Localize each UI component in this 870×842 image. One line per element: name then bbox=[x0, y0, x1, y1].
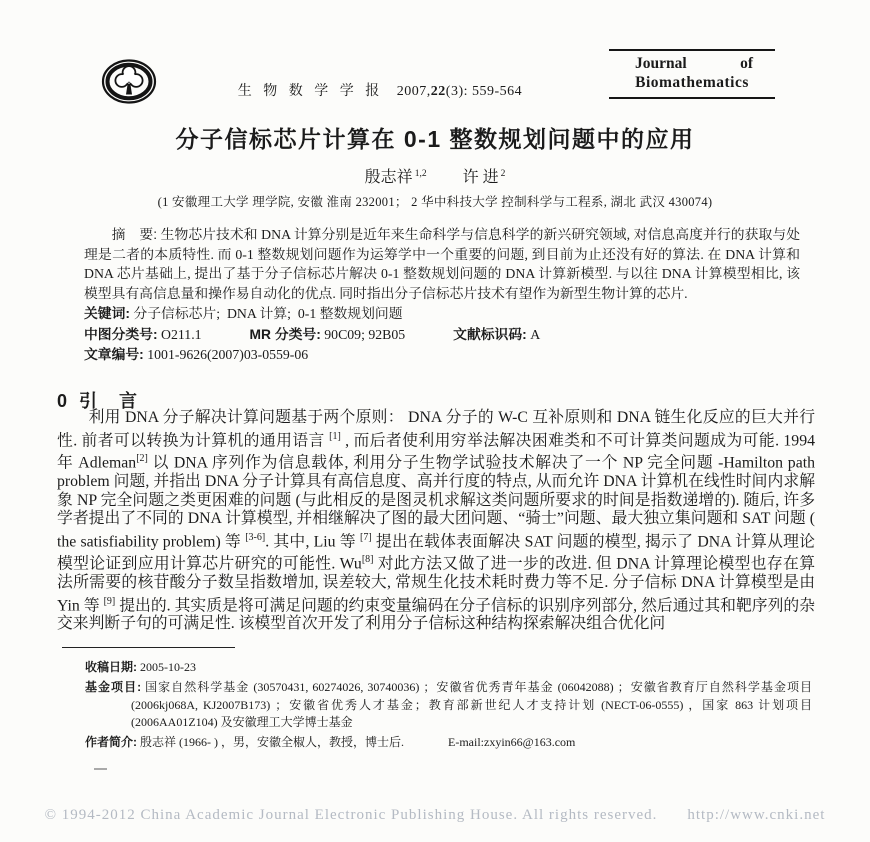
mr-label: MR 分类号: bbox=[250, 327, 321, 342]
footnote-block: 收稿日期: 2005-10-23 基金项目: 国家自然科学基金 (3057043… bbox=[85, 659, 812, 754]
journal-name-en-line1: Journal of bbox=[609, 55, 775, 73]
author-bio-text: 殷志祥 (1966- ) ，男，安徽全椒人，教授，博士后. bbox=[140, 735, 404, 749]
article-title: 分子信标芯片计算在 0-1 整数规划问题中的应用 bbox=[0, 121, 870, 154]
author-2-name: 许 进 bbox=[463, 169, 499, 186]
section-number: 0 bbox=[57, 391, 67, 411]
journal-title-cn: 生 物 数 学 学 报 bbox=[238, 84, 384, 99]
doc-code-label: 文献标识码: bbox=[453, 327, 527, 342]
author-1-affil-sup: 1,2 bbox=[415, 169, 427, 179]
author-1: 殷志祥1,2 bbox=[365, 169, 427, 186]
doc-code-value: A bbox=[530, 327, 540, 342]
journal-name-en-line2: Biomathematics bbox=[609, 74, 775, 92]
journal-name-en-box: Journal of Biomathematics bbox=[609, 49, 775, 99]
footnote-separator bbox=[62, 647, 235, 648]
intro-paragraph: 利用 DNA 分子解决计算问题基于两个原则： DNA 分子的 W-C 互补原则和… bbox=[57, 409, 815, 634]
keywords-row: 关键词: 分子信标芯片; DNA 计算; 0-1 整数规划问题 bbox=[84, 304, 800, 324]
keywords-text: 分子信标芯片; DNA 计算; 0-1 整数规划问题 bbox=[133, 306, 402, 321]
cnki-url: http://www.cnki.net bbox=[687, 807, 825, 824]
scanned-paper-page: 生 物 数 学 学 报 2007,22(3): 559-564 Journal … bbox=[0, 0, 870, 842]
journal-logo-icon bbox=[101, 59, 157, 111]
author-bio-row: 作者简介: 殷志祥 (1966- ) ，男，安徽全椒人，教授，博士后.E-mai… bbox=[85, 734, 812, 751]
article-id-value: 1001-9626(2007)03-0559-06 bbox=[147, 347, 308, 362]
abstract-label: 摘 要: bbox=[112, 227, 157, 242]
copyright-text: © 1994-2012 China Academic Journal Elect… bbox=[45, 807, 658, 824]
author-2-affil-sup: 2 bbox=[501, 169, 506, 179]
received-date-row: 收稿日期: 2005-10-23 bbox=[85, 659, 812, 676]
funding-text: 国家自然科学基金 (30570431, 60274026, 30740036) … bbox=[131, 680, 812, 729]
clc-value: O211.1 bbox=[161, 327, 202, 342]
abstract-text: 生物芯片技术和 DNA 计算分别是近年来生命科学与信息科学的新兴研究领域, 对信… bbox=[84, 227, 800, 301]
funding-row: 基金项目: 国家自然科学基金 (30570431, 60274026, 3074… bbox=[85, 679, 812, 731]
keywords-label: 关键词: bbox=[84, 306, 130, 321]
affiliation-line: (1 安徽理工大学 理学院, 安徽 淮南 232001； 2 华中科技大学 控制… bbox=[0, 192, 870, 210]
masthead-journal-line: 生 物 数 学 学 报 2007,22(3): 559-564 bbox=[185, 80, 575, 100]
received-date-value: 2005-10-23 bbox=[140, 660, 196, 674]
section-title: 引 言 bbox=[79, 391, 139, 411]
author-line: 殷志祥1,2 许 进2 bbox=[0, 164, 870, 187]
author-1-name: 殷志祥 bbox=[365, 169, 413, 186]
article-id-label: 文章编号: bbox=[84, 347, 144, 362]
clc-label: 中图分类号: bbox=[84, 327, 158, 342]
author-2: 许 进2 bbox=[463, 169, 506, 186]
cnki-watermark: © 1994-2012 China Academic Journal Elect… bbox=[0, 807, 870, 824]
abstract-paragraph: 摘 要: 生物芯片技术和 DNA 计算分别是近年来生命科学与信息科学的新兴研究领… bbox=[84, 225, 800, 303]
classification-row: 中图分类号: O211.1MR 分类号: 90C09; 92B05文献标识码: … bbox=[84, 325, 800, 345]
issue-info: 2007,22(3): 559-564 bbox=[397, 84, 522, 99]
author-email: E-mail:zxyin66@163.com bbox=[448, 735, 575, 749]
scan-artifact bbox=[94, 768, 107, 770]
mr-value: 90C09; 92B05 bbox=[324, 327, 405, 342]
abstract-block: 摘 要: 生物芯片技术和 DNA 计算分别是近年来生命科学与信息科学的新兴研究领… bbox=[84, 225, 800, 365]
volume-number: 22 bbox=[431, 84, 446, 99]
article-id-row: 文章编号: 1001-9626(2007)03-0559-06 bbox=[84, 345, 800, 365]
